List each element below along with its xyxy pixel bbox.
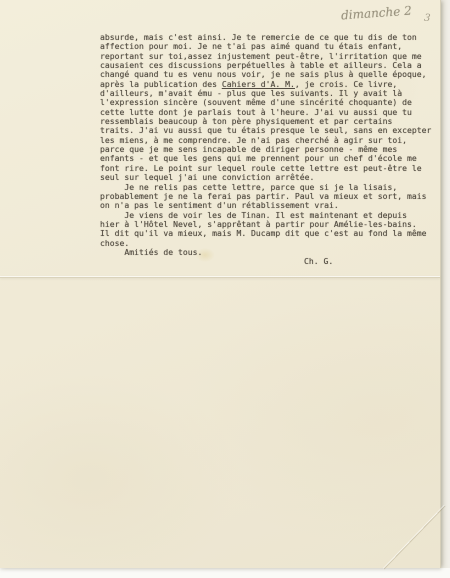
letter-body: absurde, mais c'est ainsi. Je te remerci… bbox=[100, 33, 445, 267]
fold-crease bbox=[0, 276, 440, 278]
signature: Ch. G. bbox=[100, 257, 445, 266]
scanned-letter-page: dimanche 2 3 absurde, mais c'est ainsi. … bbox=[0, 0, 450, 578]
letter-text: Amitiés de tous. bbox=[100, 247, 202, 257]
letter-sheet: dimanche 2 3 absurde, mais c'est ainsi. … bbox=[0, 0, 441, 568]
letter-line: Il dit qu'il va mieux, mais M. Ducamp di… bbox=[100, 229, 445, 238]
handwritten-date: dimanche 2 bbox=[341, 4, 413, 23]
corner-crease bbox=[383, 505, 446, 570]
backing-surface-bottom bbox=[0, 568, 450, 578]
page-number-mark: 3 bbox=[423, 13, 430, 25]
letter-text: Il dit qu'il va mieux, mais M. Ducamp di… bbox=[100, 228, 426, 238]
letter-line: Amitiés de tous. bbox=[100, 248, 445, 257]
